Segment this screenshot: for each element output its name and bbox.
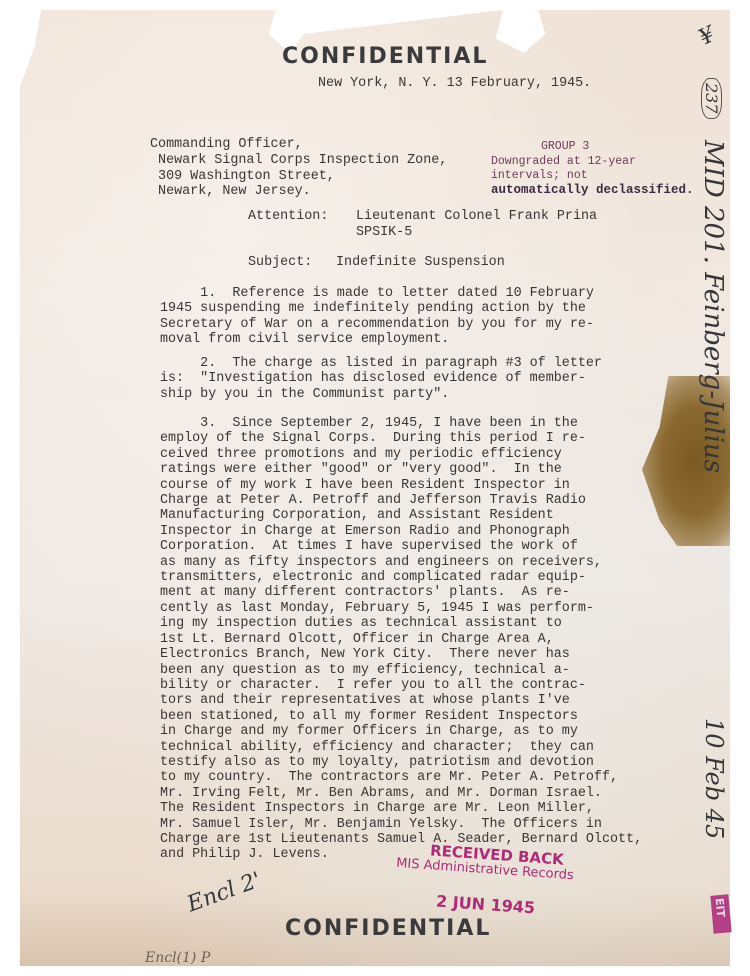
attention-name: Lieutenant Colonel Frank Prina — [356, 209, 597, 224]
subject-text: Indefinite Suspension — [336, 255, 505, 270]
footer-confidential-stamp: CONFIDENTIAL — [285, 916, 491, 941]
addressee-line: 309 Washington Street, — [150, 169, 335, 184]
dateline: New York, N. Y. 13 February, 1945. — [318, 76, 591, 91]
attention-label: Attention: — [248, 209, 328, 224]
header-confidential-stamp: CONFIDENTIAL — [282, 44, 488, 69]
edge-stamp-fragment: EIT — [710, 894, 731, 933]
handwritten-circled-number: 237 — [701, 78, 722, 119]
classification-line: intervals; not — [491, 170, 588, 183]
paragraph-2: 2. The charge as listed in paragraph #3 … — [160, 356, 602, 402]
classification-line: automatically declassified. — [491, 184, 694, 197]
paragraph-3: 3. Since September 2, 1945, I have been … — [160, 416, 642, 863]
addressee-line: Commanding Officer, — [150, 137, 303, 152]
addressee-line: Newark Signal Corps Inspection Zone, — [150, 153, 447, 168]
paragraph-1: 1. Reference is made to letter dated 10 … — [160, 286, 594, 348]
subject-label: Subject: — [248, 255, 312, 270]
handwritten-file-reference: MID 201. Feinberg-Julius — [698, 140, 728, 473]
attention-office-code: SPSIK-5 — [356, 225, 412, 240]
addressee-line: Newark, New Jersey. — [150, 184, 311, 199]
handwritten-margin-date: 10 Feb 45 — [700, 718, 728, 839]
classification-line: Downgraded at 12-year — [491, 156, 636, 169]
edge-stamp-text: EIT — [713, 898, 728, 918]
handwritten-bottom-note: Encl(1) P — [145, 950, 210, 966]
classification-group: GROUP 3 — [541, 141, 589, 154]
